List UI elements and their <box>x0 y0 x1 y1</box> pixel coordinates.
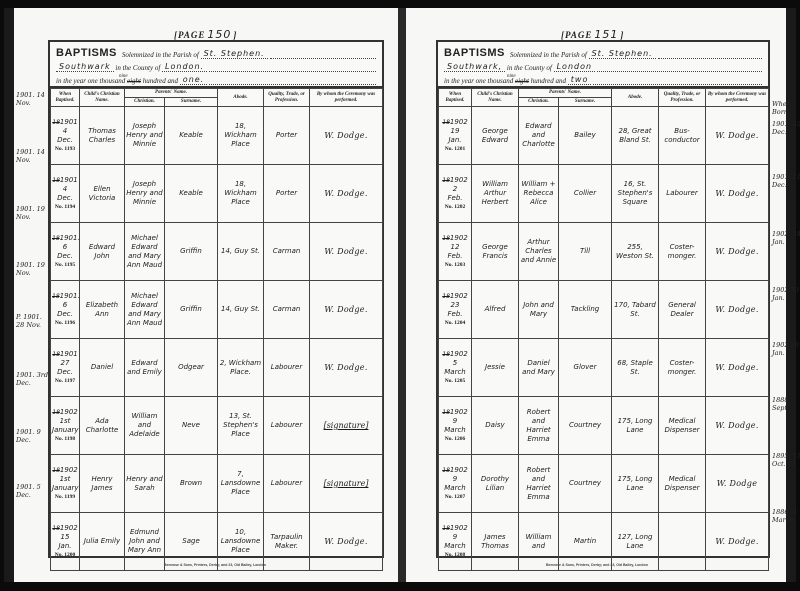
abode: 13, St. Stephen's Place <box>218 397 264 455</box>
parents-surname: Griffin <box>165 281 218 339</box>
entry-number: No. 1196 <box>52 319 78 328</box>
col-profession: Quality, Trade, or Profession. <box>659 89 706 107</box>
baptism-date: 1819014Dec.No. 1194 <box>51 165 80 223</box>
table-row: 18190127Dec.No. 1197 Daniel Edward and E… <box>51 339 383 397</box>
parents-surname: Odgear <box>165 339 218 397</box>
parents-christian: Daniel and Mary <box>519 339 559 397</box>
year-struck-word: eight <box>127 77 141 85</box>
entry-number: No. 1200 <box>52 551 78 560</box>
parents-surname: Collier <box>559 165 612 223</box>
parents-christian: Edward and Charlotte <box>519 107 559 165</box>
table-row: 1819029MarchNo. 1206 Daisy Robert and Ha… <box>439 397 769 455</box>
col-child-name: Child's Christian Name. <box>80 89 125 107</box>
child-name: Henry James <box>80 455 125 513</box>
child-name: Daisy <box>472 397 519 455</box>
abode: 28, Great Bland St. <box>612 107 659 165</box>
margin-birth-date: P. 1901. 28 Nov. <box>16 313 50 329</box>
register-heading: BAPTISMS Solemnized in the Parish of St.… <box>50 42 382 88</box>
child-name: Julia Emily <box>80 513 125 571</box>
abode: 255, Weston St. <box>612 223 659 281</box>
table-row: 1819021stJanuaryNo. 1198 Ada Charlotte W… <box>51 397 383 455</box>
parents-surname: Keable <box>165 165 218 223</box>
baptism-register-table: BAPTISMS Solemnized in the Parish of St.… <box>48 40 384 558</box>
profession: Coster-monger. <box>659 339 706 397</box>
parents-surname: Bailey <box>559 107 612 165</box>
entry-number: No. 1194 <box>52 203 78 212</box>
register-title: BAPTISMS <box>444 47 505 59</box>
col-parents-christian: Christian. <box>125 98 165 107</box>
parents-christian: William and <box>519 513 559 571</box>
child-name: Ellen Victoria <box>80 165 125 223</box>
entries-table: When Baptised. Child's Christian Name. P… <box>50 88 383 571</box>
minister: W. Dodge. <box>706 107 769 165</box>
profession: Medical Dispenser <box>659 397 706 455</box>
parents-christian: Robert and Harriet Emma <box>519 455 559 513</box>
margin-birth-date: 1888 7 Sept. <box>772 396 800 412</box>
entry-number: No. 1208 <box>440 551 470 560</box>
abode: 175, Long Lane <box>612 455 659 513</box>
profession: Medical Dispenser <box>659 455 706 513</box>
profession: Porter <box>264 165 310 223</box>
margin-birth-date: 1901. 3rd Dec. <box>16 371 50 387</box>
abode: 175, Long Lane <box>612 397 659 455</box>
entry-number: No. 1199 <box>52 493 78 502</box>
minister: W. Dodge. <box>706 223 769 281</box>
col-parents-name: Parents' Name. <box>519 89 612 98</box>
abode: 127, Long Lane <box>612 513 659 571</box>
col-when-baptised: When Baptised. <box>51 89 80 107</box>
profession: Carman <box>264 223 310 281</box>
minister: W. Dodge. <box>706 339 769 397</box>
printer-imprint: Bemrose & Sons, Printers, Derby; and 23,… <box>164 563 266 567</box>
baptism-date: 18190212Feb.No. 1203 <box>439 223 472 281</box>
margin-birth-date: 1901. 22 Dec. <box>772 120 800 136</box>
minister: W. Dodge. <box>706 281 769 339</box>
col-minister: By whom the Ceremony was performed. <box>310 89 383 107</box>
table-row: 181901.6Dec.No. 1195 Edward John Michael… <box>51 223 383 281</box>
baptism-date: 18190219Jan.No. 1201 <box>439 107 472 165</box>
abode: 14, Guy St. <box>218 223 264 281</box>
parents-christian: Edward and Emily <box>125 339 165 397</box>
baptism-date: 18190215Jan.No. 1200 <box>51 513 80 571</box>
baptism-date: 1819029MarchNo. 1207 <box>439 455 472 513</box>
parents-christian: William and Adelaide <box>125 397 165 455</box>
parents-surname: Brown <box>165 455 218 513</box>
minister: W. Dodge. <box>310 107 383 165</box>
entry-number: No. 1197 <box>52 377 78 386</box>
margin-birth-date: 1901. 11 Dec. <box>772 173 800 189</box>
minister: W. Dodge. <box>310 513 383 571</box>
register-spread: [PAGE150] BAPTISMS Solemnized in the Par… <box>4 8 796 582</box>
col-profession: Quality, Trade, or Profession. <box>264 89 310 107</box>
district-name: Southwark <box>56 62 114 72</box>
right-page: [PAGE151] BAPTISMS Solemnized in the Par… <box>406 8 796 582</box>
minister: W. Dodge. <box>310 339 383 397</box>
abode: 2, Wickham Place. <box>218 339 264 397</box>
table-row: 18190219Jan.No. 1201 George Edward Edwar… <box>439 107 769 165</box>
abode: 7, Lansdowne Place <box>218 455 264 513</box>
table-row: 1819014Dec.No. 1194 Ellen Victoria Josep… <box>51 165 383 223</box>
table-row: 1819029MarchNo. 1207 Dorothy Lilian Robe… <box>439 455 769 513</box>
parents-surname: Neve <box>165 397 218 455</box>
minister: W. Dodge. <box>310 165 383 223</box>
abode: 170, Tabard St. <box>612 281 659 339</box>
minister: W. Dodge. <box>706 165 769 223</box>
parents-surname: Keable <box>165 107 218 165</box>
parents-christian: William + Rebecca Alice <box>519 165 559 223</box>
child-name: Dorothy Lilian <box>472 455 519 513</box>
child-name: Thomas Charles <box>80 107 125 165</box>
printer-imprint: Bemrose & Sons, Printers, Derby; and 23,… <box>546 563 648 567</box>
profession <box>659 513 706 571</box>
table-row: 18190212Feb.No. 1203 George Francis Arth… <box>439 223 769 281</box>
margin-birth-date: 1901. 19 Nov. <box>16 261 50 277</box>
baptism-date: 1819014Dec.No. 1193 <box>51 107 80 165</box>
entry-number: No. 1206 <box>440 435 470 444</box>
entry-number: No. 1204 <box>440 319 470 328</box>
parents-christian: Michael Edward and Mary Ann Maud <box>125 281 165 339</box>
county-name: London. <box>162 62 207 72</box>
entry-number: No. 1205 <box>440 377 470 386</box>
margin-birth-date: 1901. 14 Nov. <box>16 91 50 107</box>
col-abode: Abode. <box>612 89 659 107</box>
table-row: 1819025MarchNo. 1205 Jessie Daniel and M… <box>439 339 769 397</box>
parents-surname: Glover <box>559 339 612 397</box>
entry-number: No. 1201 <box>440 145 470 154</box>
col-parents-name: Parents' Name. <box>125 89 218 98</box>
col-parents-christian: Christian. <box>519 98 559 107</box>
entry-number: No. 1203 <box>440 261 470 270</box>
table-row: 181901.6Dec.No. 1196 Elizabeth Ann Micha… <box>51 281 383 339</box>
year-value: one. <box>180 75 207 85</box>
child-name: Alfred <box>472 281 519 339</box>
baptism-date: 1819025MarchNo. 1205 <box>439 339 472 397</box>
table-row: 1819021stJanuaryNo. 1199 Henry James Hen… <box>51 455 383 513</box>
book-gutter <box>398 8 406 582</box>
margin-birth-date: 1901. 5 Dec. <box>16 483 50 499</box>
abode: 18, Wickham Place <box>218 165 264 223</box>
parents-surname: Tackling <box>559 281 612 339</box>
profession: Labourer <box>264 455 310 513</box>
profession: Labourer <box>659 165 706 223</box>
child-name: Edward John <box>80 223 125 281</box>
minister: W. Dodge. <box>706 513 769 571</box>
profession: Carman <box>264 281 310 339</box>
child-name: James Thomas <box>472 513 519 571</box>
parents-christian: Joseph Henry and Minnie <box>125 107 165 165</box>
abode: 14, Guy St. <box>218 281 264 339</box>
child-name: Jessie <box>472 339 519 397</box>
baptism-date: 1819021stJanuaryNo. 1198 <box>51 397 80 455</box>
year-struck-word: eight <box>515 77 529 85</box>
col-when-baptised: When Baptised. <box>439 89 472 107</box>
profession: Porter <box>264 107 310 165</box>
table-row: 18190223Feb.No. 1204 Alfred John and Mar… <box>439 281 769 339</box>
year-value: two <box>568 75 592 85</box>
baptism-date: 1819029MarchNo. 1206 <box>439 397 472 455</box>
baptism-date: 1819022Feb.No. 1202 <box>439 165 472 223</box>
child-name: Elizabeth Ann <box>80 281 125 339</box>
table-row: 1819029MarchNo. 1208 James Thomas Willia… <box>439 513 769 571</box>
abode: 16, St. Stephen's Square <box>612 165 659 223</box>
parents-surname: Martin <box>559 513 612 571</box>
left-page: [PAGE150] BAPTISMS Solemnized in the Par… <box>4 8 398 582</box>
minister: W. Dodge. <box>310 281 383 339</box>
entry-number: No. 1198 <box>52 435 78 444</box>
parents-surname: Courtney <box>559 397 612 455</box>
parents-christian: Robert and Harriet Emma <box>519 397 559 455</box>
minister: W. Dodge <box>706 455 769 513</box>
entries-table: When Baptised. Child's Christian Name. P… <box>438 88 769 571</box>
parents-christian: Michael Edward and Mary Ann Maud <box>125 223 165 281</box>
county-name: London <box>554 62 595 72</box>
entry-number: No. 1207 <box>440 493 470 502</box>
parents-christian: Edmund John and Mary Ann <box>125 513 165 571</box>
margin-birth-date: 1902 30 Jan. <box>772 286 800 302</box>
parish-name: St. Stephen. <box>589 49 656 59</box>
child-name: Daniel <box>80 339 125 397</box>
baptism-date: 181901.6Dec.No. 1195 <box>51 223 80 281</box>
register-heading: BAPTISMS Solemnized in the Parish of St.… <box>438 42 768 88</box>
register-title: BAPTISMS <box>56 47 117 59</box>
col-parents-surname: Surname. <box>559 98 612 107</box>
entry-number: No. 1195 <box>52 261 78 270</box>
baptism-date: 18190223Feb.No. 1204 <box>439 281 472 339</box>
margin-birth-date: 1901. 14 Nov. <box>16 148 50 164</box>
col-parents-surname: Surname. <box>165 98 218 107</box>
minister: W. Dodge. <box>310 223 383 281</box>
baptism-date: 181901.6Dec.No. 1196 <box>51 281 80 339</box>
parents-surname: Sage <box>165 513 218 571</box>
district-name: Southwark, <box>444 62 505 72</box>
abode: 10, Lansdowne Place <box>218 513 264 571</box>
entry-number: No. 1193 <box>52 145 78 154</box>
parents-surname: Till <box>559 223 612 281</box>
margin-birth-date: 1895. 11 Oct. 91 <box>772 452 800 468</box>
table-row: 1819022Feb.No. 1202 William Arthur Herbe… <box>439 165 769 223</box>
minister-signature: [signature] <box>310 397 383 455</box>
baptism-date: 1819021stJanuaryNo. 1199 <box>51 455 80 513</box>
entry-number: No. 1202 <box>440 203 470 212</box>
baptism-date: 1819029MarchNo. 1208 <box>439 513 472 571</box>
margin-birth-date: 1902. 24 Jan. <box>772 230 800 246</box>
child-name: George Francis <box>472 223 519 281</box>
margin-birth-date: 1886. 4 March. <box>772 508 800 524</box>
profession: Labourer <box>264 339 310 397</box>
col-minister: By whom the Ceremony was performed. <box>706 89 769 107</box>
margin-birth-date: 1901. 19 Nov. <box>16 205 50 221</box>
baptism-date: 18190127Dec.No. 1197 <box>51 339 80 397</box>
parents-christian: Henry and Sarah <box>125 455 165 513</box>
profession: Labourer <box>264 397 310 455</box>
profession: Bus-conductor <box>659 107 706 165</box>
parish-name: St. Stephen. <box>201 49 268 59</box>
parents-surname: Courtney <box>559 455 612 513</box>
parents-christian: Arthur Charles and Annie <box>519 223 559 281</box>
when-born-heading: When Born. <box>772 100 791 116</box>
abode: 68, Staple St. <box>612 339 659 397</box>
profession: Coster-monger. <box>659 223 706 281</box>
table-row: 18190215Jan.No. 1200 Julia Emily Edmund … <box>51 513 383 571</box>
child-name: William Arthur Herbert <box>472 165 519 223</box>
child-name: Ada Charlotte <box>80 397 125 455</box>
minister: W. Dodge. <box>706 397 769 455</box>
parents-christian: John and Mary <box>519 281 559 339</box>
abode: 18, Wickham Place <box>218 107 264 165</box>
margin-birth-date: 1901. 9 Dec. <box>16 428 50 444</box>
table-row: 1819014Dec.No. 1193 Thomas Charles Josep… <box>51 107 383 165</box>
margin-birth-date: 1902 28 Jan. <box>772 341 800 357</box>
baptism-register-table: BAPTISMS Solemnized in the Parish of St.… <box>436 40 770 558</box>
parents-surname: Griffin <box>165 223 218 281</box>
parents-christian: Joseph Henry and Minnie <box>125 165 165 223</box>
profession: Tarpaulin Maker. <box>264 513 310 571</box>
child-name: George Edward <box>472 107 519 165</box>
minister-signature: [signature] <box>310 455 383 513</box>
col-abode: Abode. <box>218 89 264 107</box>
profession: General Dealer <box>659 281 706 339</box>
col-child-name: Child's Christian Name. <box>472 89 519 107</box>
